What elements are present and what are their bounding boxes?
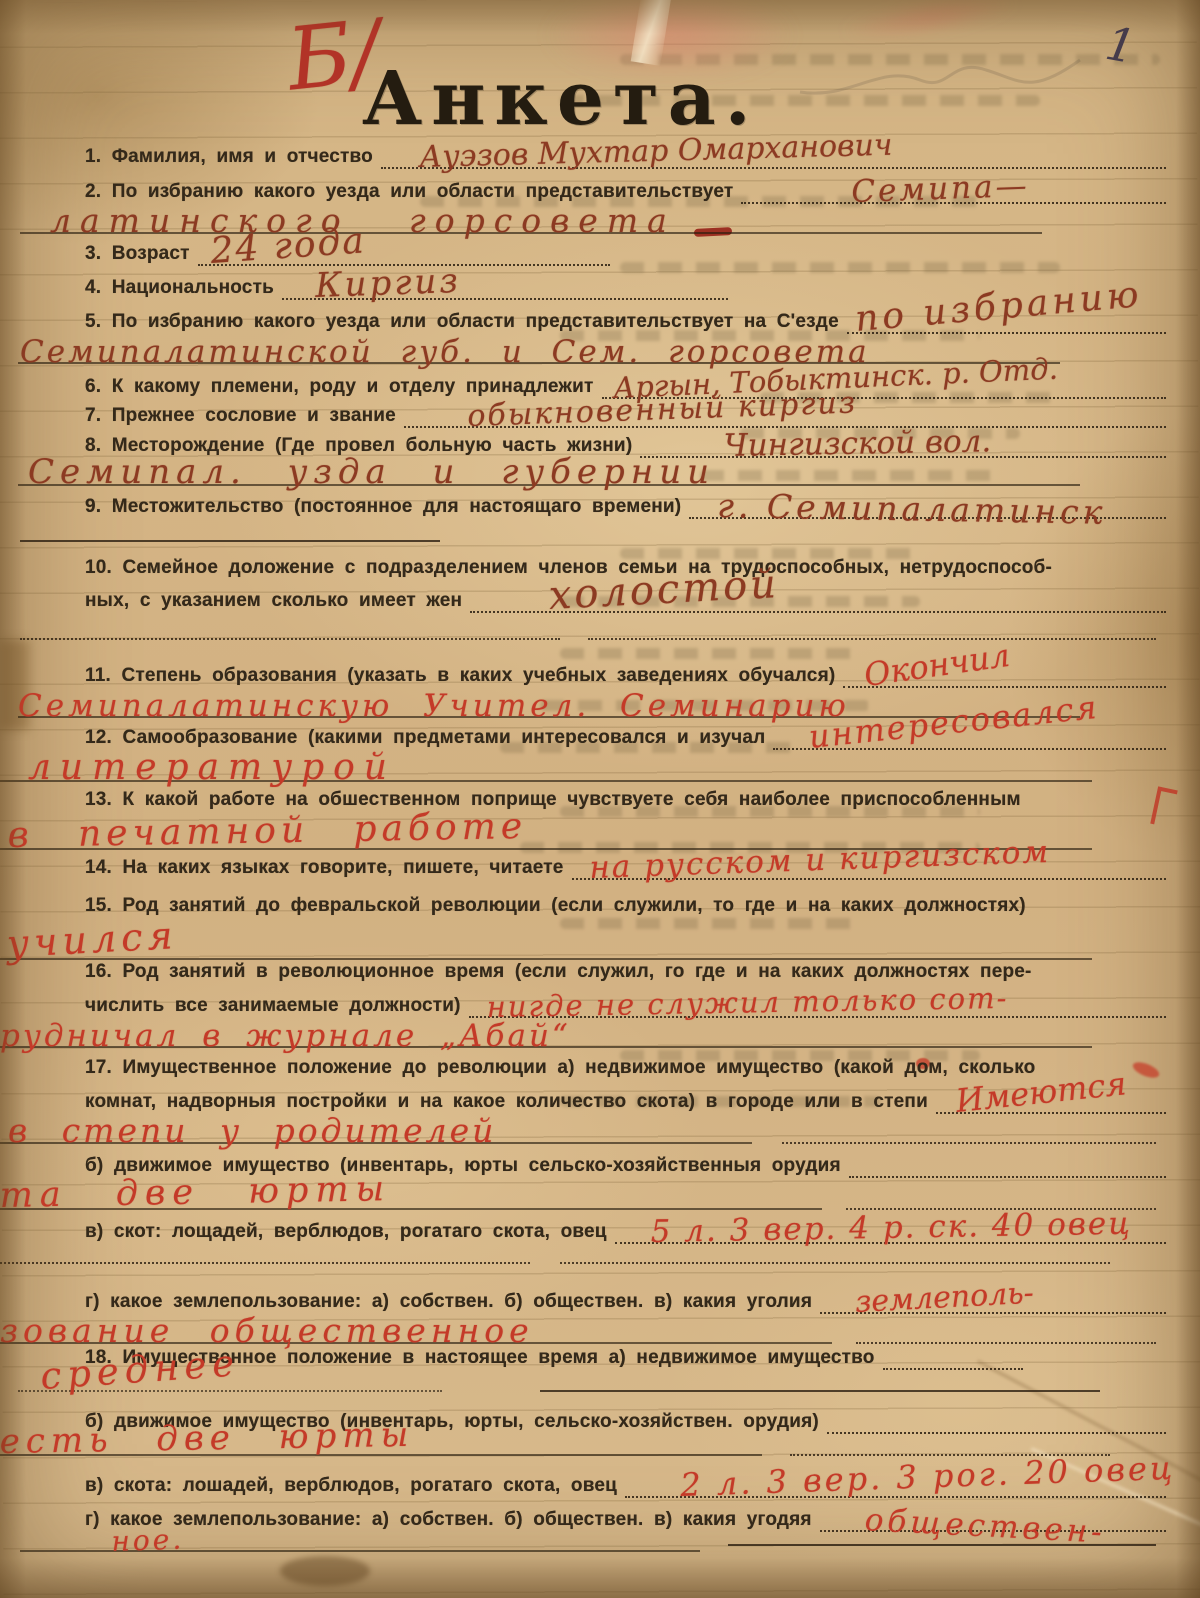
bleedthrough-noise [560, 648, 860, 659]
q18-answer-line-2: среднее [18, 1358, 442, 1392]
anketa-scanned-page: Б/ Анкета. 1 1. Фамилия, имя и отчество … [0, 0, 1200, 1598]
blank-answer-line [560, 1262, 1110, 1264]
q17g-answer-line: землеполь- [820, 1286, 1166, 1314]
q2-answer-line-2: латинского горсовета [20, 200, 1042, 234]
blank-answer-line [20, 540, 440, 542]
q12-answer-line: интересовался [773, 722, 1166, 750]
q1-label: 1. Фамилия, имя и отчество [85, 145, 373, 169]
q9-answer: г. Семипалатинск [717, 486, 1107, 532]
q18v-answer-line: 2 л. 3 вер. 3 рог. 20 овец [625, 1470, 1166, 1498]
q16-label: 16. Род занятий в революционное время (е… [85, 960, 1032, 984]
q14-label: 14. На каких языках говорите, пишете, чи… [85, 856, 564, 880]
q4-label: 4. Национальность [85, 276, 274, 300]
q17b-answer-line-2: та две юрты [0, 1176, 822, 1210]
q18v-label: в) скота: лошадей, верблюдов, рогатаго с… [85, 1474, 617, 1498]
blank-answer-line [588, 638, 1156, 640]
q18v-answer: 2 л. 3 вер. 3 рог. 20 овец [680, 1449, 1176, 1504]
question-row: б) движимое имущество (инвентарь, юрты с… [85, 1150, 1166, 1178]
q17-answer-line-2: в степи у родителей [0, 1110, 752, 1144]
question-row: 16. Род занятий в революционное время (е… [85, 960, 1166, 984]
q1-answer-line: Ауэзов Мухтар Омарханович [381, 141, 1166, 169]
q5-answer-line-2: Семипалатинской губ. и Сем. горсовета [18, 330, 1060, 364]
q17v-answer-line: 5 л. 3 вер. 4 р. ск. 40 овец [615, 1216, 1166, 1244]
blank-answer-line [0, 1262, 530, 1264]
blank-answer-line [782, 1142, 1156, 1144]
q17v-answer: 5 л. 3 вер. 4 р. ск. 40 овец [650, 1206, 1132, 1250]
q18-answer-line [883, 1342, 1023, 1370]
q15-answer-line: учился [0, 926, 1092, 960]
page-title: Анкета. [362, 56, 760, 142]
q17-answer-line: Имеются [936, 1086, 1166, 1114]
q12-answer-2: литературой [28, 747, 396, 788]
question-row: в) скот: лощадей, верблюдов, рогатаго ск… [85, 1216, 1166, 1244]
paper-edge [1176, 0, 1200, 1598]
q6-answer-line: Аргын, Тобыктинск. р. Отд. [602, 371, 1167, 399]
question-row: 3. Возраст 24 года [85, 238, 1166, 266]
q17-answer-2: в степи у родителей [8, 1111, 496, 1150]
q13-answer: в печатной работе [7, 806, 527, 856]
q18b-answer-line [827, 1406, 1166, 1434]
q17g-answer-line-2: зование общественное [0, 1310, 832, 1344]
q2-answer-2: латинского горсовета [50, 201, 676, 240]
fold-crease [1031, 1447, 1200, 1555]
q8-answer-line-2: Семипал. узда и губернии [18, 452, 1080, 486]
q18g-answer-line: обществен- [820, 1504, 1166, 1532]
paper-edge [0, 1558, 1200, 1598]
q7-label: 7. Прежнее сословие и звание [85, 404, 396, 428]
question-row: 9. Местожительство (постоянное для насто… [85, 491, 1166, 519]
q17-label: 17. Имущественное положение до революции… [85, 1056, 1035, 1080]
q18b-answer-line-2: есть две юрты [0, 1422, 762, 1456]
question-row: 10. Семейное доложение с подразделением … [85, 556, 1166, 580]
q16-answer-line-2: рудничал в журнале „Абай“ [0, 1014, 1092, 1048]
q12-label: 12. Самообразование (какими предметами и… [85, 726, 765, 750]
q13-label: 13. К какой работе на обшественном попри… [85, 788, 1021, 812]
q4-answer: Киргиз [315, 261, 462, 306]
paper-edge [0, 0, 1200, 34]
question-row: 14. На каких языках говорите, пишете, чи… [85, 852, 1166, 880]
question-row: 1. Фамилия, имя и отчество Ауэзов Мухтар… [85, 141, 1166, 169]
blank-answer-line [20, 638, 560, 640]
q17b-label: б) движимое имущество (инвентарь, юрты с… [85, 1154, 841, 1178]
q4-answer-line: Киргиз [282, 272, 728, 300]
q11-answer-2: Семипалатинскую Учител. Семинарию [18, 688, 850, 724]
q10-label-2: ных, с указанием сколько имеет жен [85, 589, 462, 613]
question-row: ных, с указанием сколько имеет жен холос… [85, 585, 1166, 613]
question-row: 13. К какой работе на обшественном попри… [85, 788, 1166, 812]
blank-answer-line [540, 1390, 1100, 1392]
question-row: 6. К какому племени, роду и отделу прина… [85, 371, 1166, 399]
question-row: 12. Самообразование (какими предметами и… [85, 722, 1166, 750]
q15-answer: учился [6, 913, 179, 966]
q18g-answer-2: ное. [111, 1522, 185, 1558]
q15-label: 15. Род занятий до февральской революции… [85, 894, 1026, 918]
q18b-answer: есть две юрты [0, 1415, 415, 1462]
q9-answer-line: г. Семипалатинск [689, 491, 1166, 519]
q13-answer-line: в печатной работе [0, 816, 1092, 850]
pencil-scribble [790, 40, 1090, 110]
blank-answer-line [728, 1544, 1156, 1546]
q12-answer-line-2: литературой [0, 748, 1092, 782]
q18g-answer-line-2: ное. [20, 1518, 700, 1552]
q14-answer-line: на русском и киргизском [572, 852, 1166, 880]
q11-answer-line-2: Семипалатинскую Учител. Семинарию [18, 684, 1080, 718]
q10-answer-line: холостой [470, 585, 1166, 613]
q17b-answer: та две юрты [0, 1169, 391, 1216]
blank-answer-line [846, 1208, 1156, 1210]
question-row: 17. Имущественное положение до революции… [85, 1056, 1166, 1080]
q7-answer-line: обыкновенный киргиз [404, 400, 1166, 428]
q3-answer-line: 24 года [198, 238, 610, 266]
blank-answer-line [790, 1454, 1110, 1456]
paper-edge [0, 0, 26, 1598]
q3-label: 3. Возраст [85, 242, 190, 266]
q8-answer-2: Семипал. узда и губернии [28, 452, 715, 492]
question-row: 15. Род занятий до февральской революции… [85, 894, 1166, 918]
q17g-answer: землеполь- [854, 1276, 1034, 1320]
q9-label: 9. Местожительство (постоянное для насто… [85, 495, 681, 519]
q17v-label: в) скот: лощадей, верблюдов, рогатаго ск… [85, 1220, 607, 1244]
question-row: в) скота: лошадей, верблюдов, рогатаго с… [85, 1470, 1166, 1498]
q17b-answer-line [849, 1150, 1166, 1178]
question-row: 4. Национальность Киргиз [85, 272, 1166, 300]
q5-answer-2: Семипалатинской губ. и Сем. горсовета [20, 334, 870, 370]
q16-answer-2: рудничал в журнале „Абай“ [0, 1018, 571, 1054]
q6-label: 6. К какому племени, роду и отделу прина… [85, 375, 594, 399]
question-row: 7. Прежнее сословие и звание обыкновенны… [85, 400, 1166, 428]
q10-label: 10. Семейное доложение с подразделением … [85, 556, 1052, 580]
